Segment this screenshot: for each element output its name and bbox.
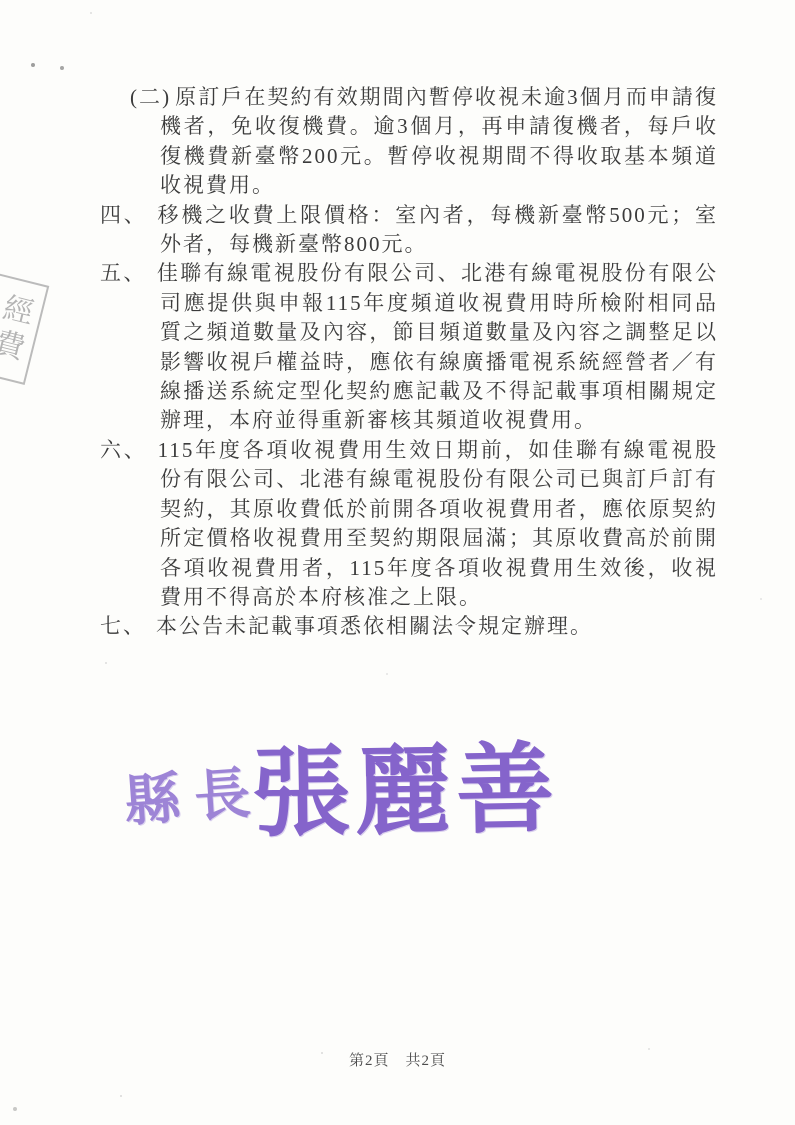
stamp-signature-name: 張麗善 [251, 710, 559, 856]
item-marker: 七、 [100, 614, 146, 638]
announcement-body: (二)原訂戶在契約有效期間內暫停收視未逾3個月而申請復機者，免收復機費。逾3個月… [160, 83, 718, 642]
item-text: 本公告未記載事項悉依相關法令規定辦理。 [156, 614, 593, 638]
item-marker: 六、 [100, 438, 148, 462]
item-marker: 四、 [100, 203, 148, 227]
list-item-5: 五、佳聯有線電視股份有限公司、北港有線電視股份有限公司應提供與申報115年度頻道… [160, 259, 718, 435]
page-footer: 第2頁 共2頁 [0, 1049, 795, 1070]
stamp-title-county-magistrate: 縣長 [121, 748, 266, 838]
edge-seal-text: 經費 [0, 288, 44, 369]
list-item-2-sub: (二)原訂戶在契約有效期間內暫停收視未逾3個月而申請復機者，免收復機費。逾3個月… [160, 83, 718, 201]
scanned-document-page: 經費 (二)原訂戶在契約有效期間內暫停收視未逾3個月而申請復機者，免收復機費。逾… [0, 0, 795, 1125]
list-item-6: 六、115年度各項收視費用生效日期前，如佳聯有線電視股份有限公司、北港有線電視股… [160, 436, 718, 612]
item-text: 佳聯有線電視股份有限公司、北港有線電視股份有限公司應提供與申報115年度頻道收視… [157, 261, 718, 432]
scan-noise-specks [0, 0, 2, 2]
signature-stamp: 縣長 張麗善 [118, 705, 578, 865]
item-text: 移機之收費上限價格：室內者，每機新臺幣500元；室外者，每機新臺幣800元。 [158, 203, 718, 256]
item-text: 原訂戶在契約有效期間內暫停收視未逾3個月而申請復機者，免收復機費。逾3個月，再申… [160, 85, 718, 197]
list-item-4: 四、移機之收費上限價格：室內者，每機新臺幣500元；室外者，每機新臺幣800元。 [160, 201, 718, 260]
item-text: 115年度各項收視費用生效日期前，如佳聯有線電視股份有限公司、北港有線電視股份有… [158, 438, 718, 609]
list-item-7: 七、本公告未記載事項悉依相關法令規定辦理。 [160, 612, 718, 641]
item-marker: (二) [130, 85, 171, 109]
item-marker: 五、 [100, 261, 147, 285]
edge-seal: 經費 [0, 269, 49, 385]
